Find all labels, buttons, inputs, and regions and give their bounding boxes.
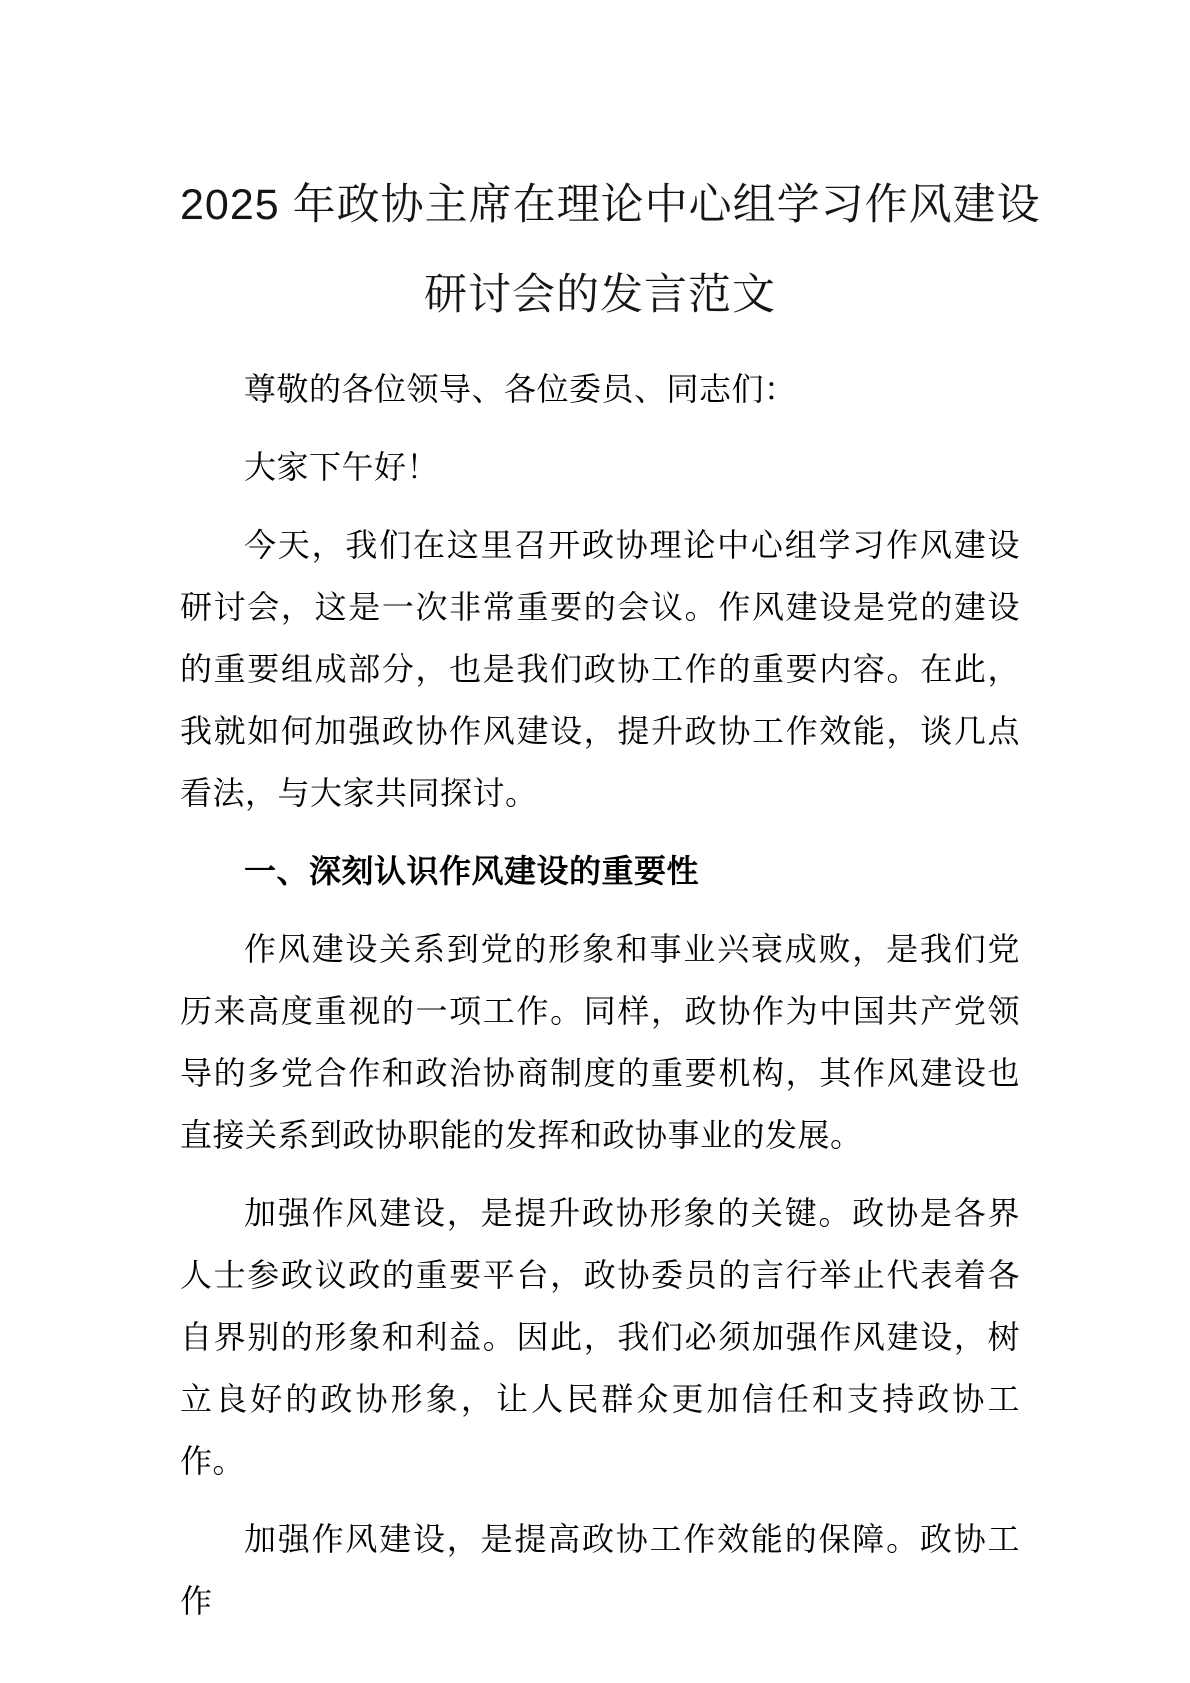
document-page: 2025 年政协主席在理论中心组学习作风建设 研讨会的发言范文 尊敬的各位领导、… [0, 0, 1190, 1683]
body-paragraph-3-truncated: 加强作风建设，是提高政协工作效能的保障。政协工作 [180, 1508, 1020, 1632]
greeting-paragraph: 大家下午好！ [180, 436, 1020, 498]
section-heading-1: 一、深刻认识作风建设的重要性 [180, 840, 1020, 902]
body-paragraph-2: 加强作风建设，是提升政协形象的关键。政协是各界人士参政议政的重要平台，政协委员的… [180, 1182, 1020, 1492]
body-paragraph-1: 作风建设关系到党的形象和事业兴衰成败，是我们党历来高度重视的一项工作。同样，政协… [180, 918, 1020, 1166]
document-title-line-2: 研讨会的发言范文 [180, 250, 1020, 340]
salutation-paragraph: 尊敬的各位领导、各位委员、同志们： [180, 358, 1020, 420]
intro-paragraph: 今天，我们在这里召开政协理论中心组学习作风建设研讨会，这是一次非常重要的会议。作… [180, 514, 1020, 824]
document-title: 2025 年政协主席在理论中心组学习作风建设 研讨会的发言范文 [180, 160, 1020, 340]
document-title-line-1: 2025 年政协主席在理论中心组学习作风建设 [180, 160, 1020, 250]
